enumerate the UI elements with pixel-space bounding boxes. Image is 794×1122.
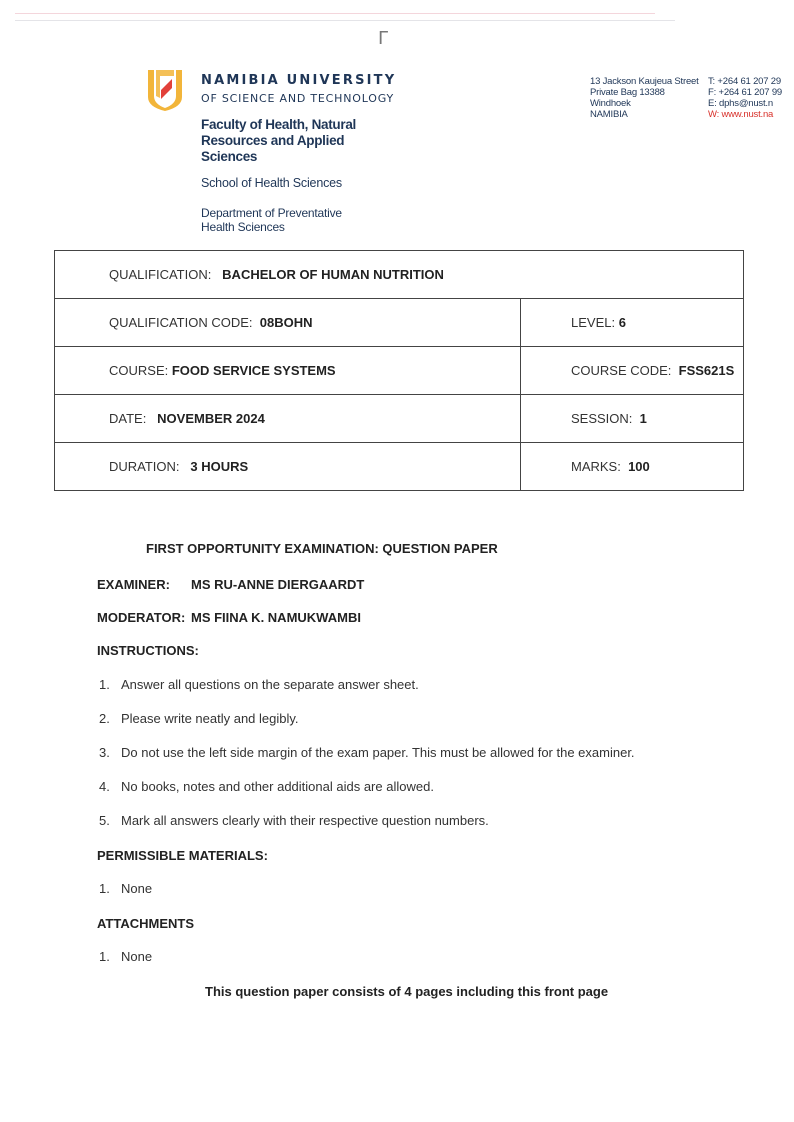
instruction-item: 3.Do not use the left side margin of the… (99, 745, 635, 760)
department-name: Department of Preventative Health Scienc… (201, 206, 371, 234)
moderator-label: MODERATOR: (97, 610, 185, 625)
item-text: None (121, 881, 152, 896)
item-number: 1. (99, 881, 121, 896)
item-number: 3. (99, 745, 121, 760)
item-number: 1. (99, 677, 121, 692)
instruction-item: 4.No books, notes and other additional a… (99, 779, 434, 794)
exam-title: FIRST OPPORTUNITY EXAMINATION: QUESTION … (146, 541, 498, 556)
qualification-code-cell: QUALIFICATION CODE: 08BOHN (55, 299, 521, 347)
attachment-item: 1.None (99, 949, 152, 964)
examiner-label: EXAMINER: (97, 577, 170, 592)
exam-info-table: QUALIFICATION: BACHELOR OF HUMAN NUTRITI… (54, 250, 744, 491)
moderator-line: MODERATOR: MS FIINA K. NAMUKWAMBI (97, 610, 185, 625)
date-label: DATE: (109, 411, 146, 426)
table-row: DURATION: 3 HOURS MARKS: 100 (55, 443, 744, 491)
permissible-item: 1.None (99, 881, 152, 896)
contact-email[interactable]: E: dphs@nust.n (708, 98, 782, 109)
item-text: No books, notes and other additional aid… (121, 779, 434, 794)
qualification-value: BACHELOR OF HUMAN NUTRITION (222, 267, 444, 282)
item-text: Answer all questions on the separate ans… (121, 677, 419, 692)
university-name: NAMIBIA UNIVERSITY (201, 73, 396, 88)
item-text: None (121, 949, 152, 964)
permissible-materials-heading: PERMISSIBLE MATERIALS: (97, 848, 268, 863)
page-count-note: This question paper consists of 4 pages … (205, 984, 608, 999)
faculty-name: Faculty of Health, Natural Resources and… (201, 117, 371, 165)
qualification-cell: QUALIFICATION: BACHELOR OF HUMAN NUTRITI… (55, 251, 744, 299)
item-number: 1. (99, 949, 121, 964)
address-block: 13 Jackson Kaujeua Street Private Bag 13… (590, 76, 699, 120)
address-line: Private Bag 13388 (590, 87, 699, 98)
university-subtitle: OF SCIENCE AND TECHNOLOGY (201, 92, 394, 105)
scan-artifact-line (15, 20, 675, 21)
handwritten-mark: ᒥ (378, 30, 388, 52)
level-cell: LEVEL: 6 (521, 299, 744, 347)
address-line: 13 Jackson Kaujeua Street (590, 76, 699, 87)
instruction-item: 5.Mark all answers clearly with their re… (99, 813, 489, 828)
table-row: QUALIFICATION CODE: 08BOHN LEVEL: 6 (55, 299, 744, 347)
instruction-item: 2.Please write neatly and legibly. (99, 711, 299, 726)
level-value: 6 (619, 315, 626, 330)
qualification-code-label: QUALIFICATION CODE: (109, 315, 253, 330)
date-cell: DATE: NOVEMBER 2024 (55, 395, 521, 443)
course-cell: COURSE: FOOD SERVICE SYSTEMS (55, 347, 521, 395)
session-value: 1 (640, 411, 647, 426)
level-label: LEVEL: (571, 315, 615, 330)
table-row: DATE: NOVEMBER 2024 SESSION: 1 (55, 395, 744, 443)
session-label: SESSION: (571, 411, 632, 426)
table-row: COURSE: FOOD SERVICE SYSTEMS COURSE CODE… (55, 347, 744, 395)
course-code-label: COURSE CODE: (571, 363, 671, 378)
examiner-value: MS RU-ANNE DIERGAARDT (191, 577, 364, 592)
item-text: Do not use the left side margin of the e… (121, 745, 635, 760)
item-number: 5. (99, 813, 121, 828)
examiner-line: EXAMINER: MS RU-ANNE DIERGAARDT (97, 577, 170, 592)
instructions-heading: INSTRUCTIONS: (97, 643, 199, 658)
contact-phone: T: +264 61 207 29 (708, 76, 782, 87)
course-value: FOOD SERVICE SYSTEMS (172, 363, 336, 378)
address-line: NAMIBIA (590, 109, 699, 120)
date-value: NOVEMBER 2024 (157, 411, 265, 426)
attachments-heading: ATTACHMENTS (97, 916, 194, 931)
contact-fax: F: +264 61 207 99 (708, 87, 782, 98)
marks-label: MARKS: (571, 459, 621, 474)
scan-artifact-line (15, 13, 655, 14)
item-text: Please write neatly and legibly. (121, 711, 299, 726)
university-logo-icon (146, 66, 184, 112)
instruction-item: 1.Answer all questions on the separate a… (99, 677, 419, 692)
duration-value: 3 HOURS (190, 459, 248, 474)
course-code-cell: COURSE CODE: FSS621S (521, 347, 744, 395)
table-row: QUALIFICATION: BACHELOR OF HUMAN NUTRITI… (55, 251, 744, 299)
contact-website[interactable]: W: www.nust.na (708, 109, 782, 120)
moderator-value: MS FIINA K. NAMUKWAMBI (191, 610, 361, 625)
course-label: COURSE: (109, 363, 168, 378)
duration-cell: DURATION: 3 HOURS (55, 443, 521, 491)
item-number: 4. (99, 779, 121, 794)
course-code-value: FSS621S (679, 363, 735, 378)
qualification-code-value: 08BOHN (260, 315, 313, 330)
session-cell: SESSION: 1 (521, 395, 744, 443)
marks-value: 100 (628, 459, 650, 474)
contact-block: T: +264 61 207 29 F: +264 61 207 99 E: d… (708, 76, 782, 120)
qualification-label: QUALIFICATION: (109, 267, 211, 282)
item-number: 2. (99, 711, 121, 726)
duration-label: DURATION: (109, 459, 180, 474)
item-text: Mark all answers clearly with their resp… (121, 813, 489, 828)
marks-cell: MARKS: 100 (521, 443, 744, 491)
address-line: Windhoek (590, 98, 699, 109)
school-name: School of Health Sciences (201, 176, 342, 190)
